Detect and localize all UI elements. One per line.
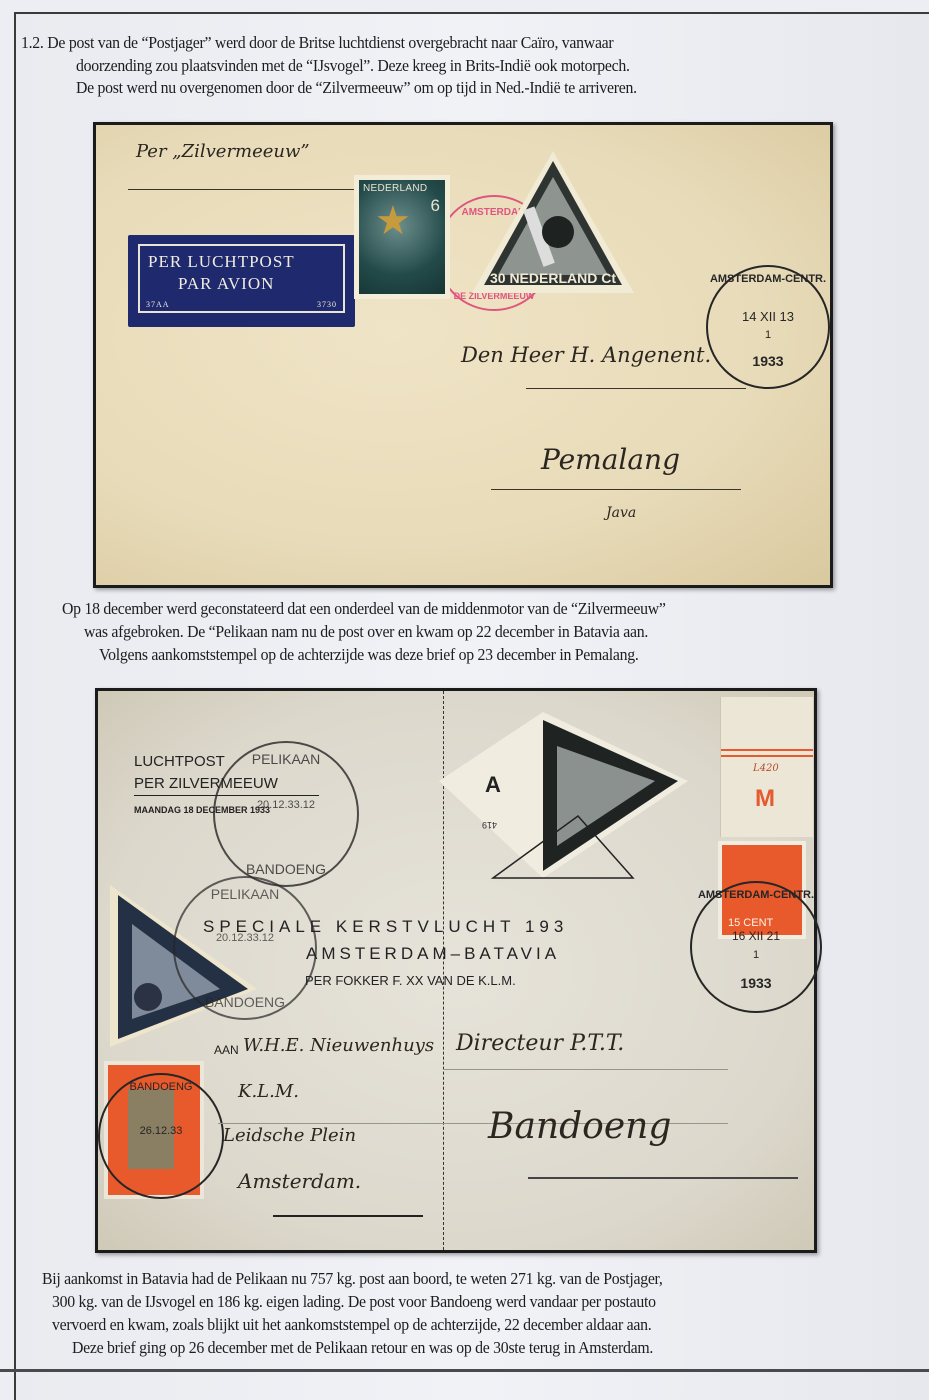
routing-note: Per „Zilvermeeuw” bbox=[136, 141, 310, 162]
star-stamp-country: NEDERLAND bbox=[363, 183, 427, 194]
recipient-dotted-1 bbox=[443, 1069, 728, 1070]
star-stamp-value: 6 bbox=[431, 196, 440, 216]
margin-line-2 bbox=[721, 755, 813, 757]
triangle-airmail-stamp: 30 NEDERLAND Ct bbox=[468, 147, 638, 297]
recipient-line-2: Bandoeng bbox=[488, 1106, 671, 1147]
selvage-number: 419 bbox=[482, 820, 497, 830]
amsterdam-centr-postmark: AMSTERDAM-CENTR. 14 XII 13 1 1933 bbox=[706, 265, 830, 389]
middle-caption-3: Volgens aankomststempel op de achterzijd… bbox=[99, 644, 639, 666]
intro-line-3: De post werd nu overgenomen door de “Zil… bbox=[76, 77, 637, 99]
airmail-label-line2: PAR AVION bbox=[178, 274, 274, 294]
recipient-line-1: Directeur P.T.T. bbox=[456, 1031, 624, 1056]
airmail-label: PER LUCHTPOST PAR AVION 37AA 3730 bbox=[128, 235, 355, 327]
bottom-caption-3: vervoerd en kwam, zoals blijkt uit het a… bbox=[52, 1314, 651, 1336]
address-line-3: Java bbox=[606, 505, 636, 521]
sender-line-2: K.L.M. bbox=[238, 1081, 299, 1102]
sheet-margin: L420 M bbox=[720, 697, 813, 837]
intro-line-1: De post van de “Postjager” werd door de … bbox=[47, 33, 613, 52]
airmail-label-code-left: 37AA bbox=[146, 300, 170, 309]
airmail-label-code-right: 3730 bbox=[317, 300, 337, 309]
address-underline-2 bbox=[491, 489, 741, 490]
cover-kerstvlucht-bandoeng: LUCHTPOST PER ZILVERMEEUW MAANDAG 18 DEC… bbox=[95, 688, 817, 1253]
middle-caption-1: Op 18 december werd geconstateerd dat ee… bbox=[62, 598, 666, 620]
address-line-2: Pemalang bbox=[541, 443, 680, 476]
title-line-2: AMSTERDAM–BATAVIA bbox=[306, 944, 560, 964]
bottom-caption-4: Deze brief ging op 26 december met de Pe… bbox=[72, 1337, 653, 1359]
sender-underline bbox=[273, 1215, 423, 1217]
margin-line bbox=[721, 749, 813, 751]
bandoeng-postmark: BANDOENG 26.12.33 bbox=[98, 1073, 224, 1199]
bottom-rule bbox=[0, 1369, 929, 1372]
address-line-1: Den Heer H. Angenent. bbox=[461, 343, 711, 367]
bottom-caption-2: 300 kg. van de IJsvogel en 186 kg. eigen… bbox=[52, 1291, 656, 1313]
plate-note: L420 bbox=[753, 763, 779, 774]
intro-caption: 1.2. De post van de “Postjager” werd doo… bbox=[21, 32, 613, 54]
cover-zilvermeeuw-pemalang: Per „Zilvermeeuw” PER LUCHTPOST PAR AVIO… bbox=[93, 122, 833, 588]
recipient-underline bbox=[528, 1177, 798, 1179]
routing-underline bbox=[128, 189, 358, 190]
star-icon: ★ bbox=[375, 198, 411, 244]
address-underline-1 bbox=[526, 388, 746, 389]
section-number: 1.2. bbox=[21, 33, 44, 52]
bottom-caption-1: Bij aankomst in Batavia had de Pelikaan … bbox=[42, 1268, 663, 1290]
sender-line-4: Amsterdam. bbox=[238, 1169, 361, 1193]
header-line-1: LUCHTPOST bbox=[134, 753, 225, 770]
triangle-stamp-value: 30 NEDERLAND Ct bbox=[490, 270, 616, 286]
sender-line-1: W.H.E. Nieuwenhuys bbox=[243, 1035, 434, 1056]
triangle-airmail-stamp-nl: A 419 bbox=[433, 706, 713, 881]
pelikaan-postmark-2: PELIKAAN 20.12.33.12 BANDOENG bbox=[173, 876, 317, 1020]
selvage-letter: A bbox=[485, 772, 501, 797]
sender-prefix: AAN bbox=[214, 1043, 239, 1057]
star-stamp: NEDERLAND 6 ★ bbox=[354, 175, 450, 299]
intro-line-2: doorzending zou plaatsvinden met de “IJs… bbox=[76, 55, 630, 77]
title-line-1: SPECIALE KERSTVLUCHT 193 bbox=[203, 917, 568, 937]
margin-letter: M bbox=[755, 785, 775, 813]
middle-caption-2: was afgebroken. De “Pelikaan nam nu de p… bbox=[84, 621, 648, 643]
amsterdam-station-postmark: AMSTERDAM-CENTR. 16 XII 21 1 1933 bbox=[690, 881, 822, 1013]
airmail-label-line1: PER LUCHTPOST bbox=[148, 252, 295, 272]
title-line-3: PER FOKKER F. XX VAN DE K.L.M. bbox=[305, 973, 516, 988]
sender-line-3: Leidsche Plein bbox=[223, 1125, 356, 1146]
pelikaan-postmark-1: PELIKAAN 20.12.33.12 BANDOENG bbox=[213, 741, 359, 887]
